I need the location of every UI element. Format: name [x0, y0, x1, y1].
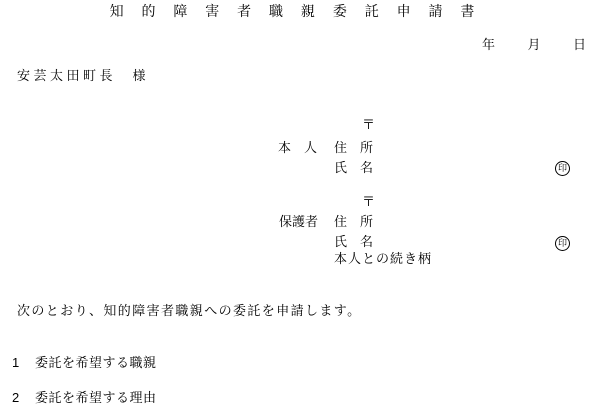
date-line: 年 月 日 — [482, 38, 586, 52]
guardian-seal-icon: 印 — [555, 236, 570, 251]
item-label: 委託を希望する職親 — [35, 356, 157, 370]
document-title: 知 的 障 害 者 職 親 委 託 申 請 書 — [0, 4, 591, 19]
guardian-address-label: 住 所 — [334, 215, 373, 229]
applicant-name-label: 氏 名 — [334, 161, 373, 175]
list-item-2: 2 委託を希望する理由 — [12, 391, 157, 405]
date-month-label: 月 — [527, 38, 540, 52]
applicant-role-label: 本 人 — [278, 141, 317, 155]
guardian-role-label: 保護者 — [279, 215, 318, 229]
addressee-line: 安芸太田町長 様 — [17, 69, 149, 83]
date-day-label: 日 — [573, 38, 586, 52]
application-form-page: 知 的 障 害 者 職 親 委 託 申 請 書 年 月 日 安芸太田町長 様 〒… — [0, 0, 591, 412]
list-item-1: 1 委託を希望する職親 — [12, 356, 157, 370]
applicant-seal-icon: 印 — [555, 161, 570, 176]
date-year-label: 年 — [482, 38, 495, 52]
application-statement: 次のとおり、知的障害者職親への委託を申請します。 — [17, 304, 362, 318]
item-label: 委託を希望する理由 — [35, 391, 157, 405]
guardian-relation-label: 本人との続き柄 — [334, 252, 432, 266]
guardian-name-label: 氏 名 — [334, 235, 373, 249]
guardian-postal-mark: 〒 — [362, 195, 375, 209]
applicant-postal-mark: 〒 — [362, 118, 375, 132]
applicant-address-label: 住 所 — [334, 141, 373, 155]
item-number: 2 — [12, 391, 35, 405]
item-number: 1 — [12, 356, 35, 370]
